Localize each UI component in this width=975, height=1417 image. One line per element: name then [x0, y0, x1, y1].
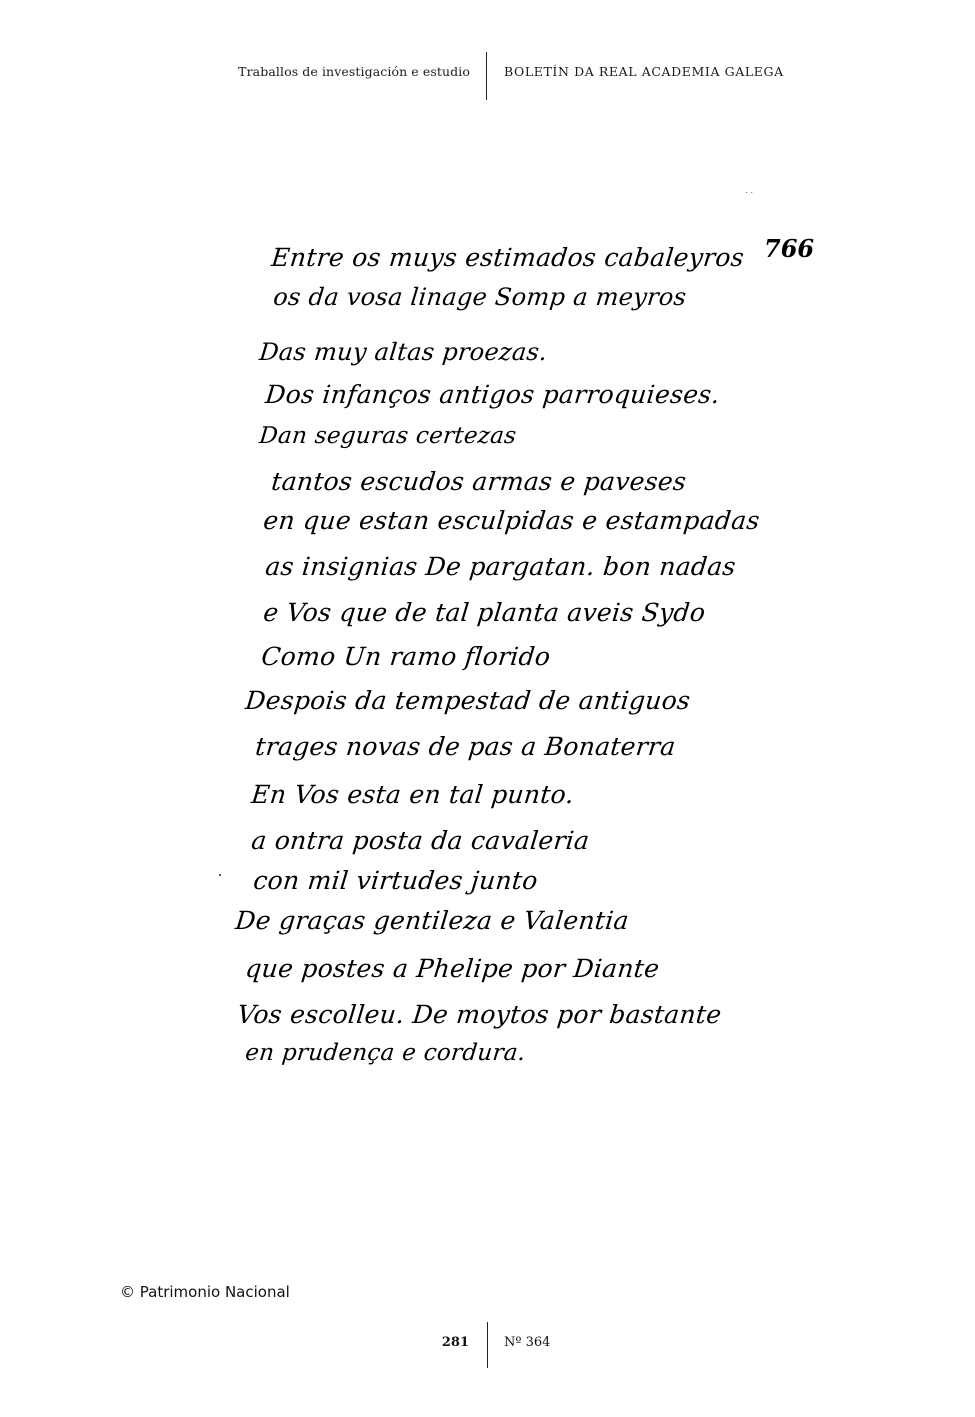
manuscript-line: Despois da tempestad de antiguos: [244, 686, 692, 715]
manuscript-line: Das muy altas proezas.: [258, 338, 549, 366]
stray-ink-mark: [219, 874, 221, 876]
manuscript-line: os da vosa linage Somp a meyros: [272, 283, 688, 311]
manuscript-line: as insignias De pargatan. bon nadas: [264, 552, 737, 581]
manuscript-line: que postes a Phelipe por Diante: [244, 954, 661, 983]
manuscript-line: Como Un ramo florido: [260, 642, 552, 671]
copyright-notice: © Patrimonio Nacional: [120, 1283, 290, 1301]
manuscript-image: .. 766 Entre os muys estimados cabaleyro…: [0, 0, 975, 1417]
page-number: 281: [442, 1335, 469, 1350]
margin-marks: ..: [745, 186, 756, 195]
manuscript-line: en que estan esculpidas e estampadas: [262, 506, 761, 535]
manuscript-line: trages novas de pas a Bonaterra: [254, 732, 677, 761]
manuscript-line: En Vos esta en tal punto.: [250, 780, 576, 809]
manuscript-line: De graças gentileza e Valentia: [234, 906, 630, 935]
manuscript-line: Dan seguras certezas: [258, 423, 518, 449]
manuscript-line: e Vos que de tal planta aveis Sydo: [262, 598, 707, 627]
manuscript-line: con mil virtudes junto: [252, 866, 539, 895]
manuscript-folio-number: 766: [764, 234, 814, 263]
manuscript-line: Dos infanços antigos parroquieses.: [264, 380, 721, 409]
manuscript-line: en prudença e cordura.: [244, 1040, 527, 1066]
page-footer: 281 Nº 364: [0, 1322, 975, 1368]
manuscript-line: Vos escolleu. De moytos por bastante: [236, 1000, 723, 1029]
manuscript-line: tantos escudos armas e paveses: [270, 467, 688, 496]
manuscript-line: Entre os muys estimados cabaleyros: [270, 243, 746, 272]
issue-number: Nº 364: [504, 1335, 550, 1350]
manuscript-line: a ontra posta da cavaleria: [250, 826, 591, 855]
footer-divider: [487, 1322, 488, 1368]
